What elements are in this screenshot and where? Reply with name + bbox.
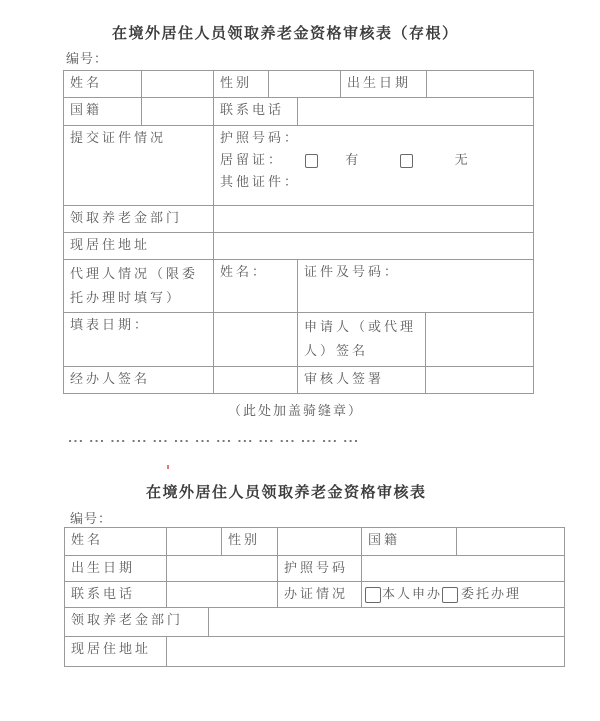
- stub-residence-label: 居留证：: [220, 153, 284, 168]
- stub-birth-field[interactable]: [426, 70, 534, 98]
- stub-name-field[interactable]: [141, 70, 214, 98]
- main-pension-dept-field[interactable]: [208, 607, 565, 637]
- main-handling-label: 办证情况: [277, 581, 362, 608]
- stub-residence-no-checkbox[interactable]: [400, 154, 413, 168]
- main-name-field[interactable]: [166, 527, 222, 556]
- main-handling-options: 本人申办委托办理: [361, 581, 565, 608]
- stub-address-label: 现居住地址: [63, 232, 214, 260]
- main-pension-dept-label: 领取养老金部门: [64, 607, 209, 637]
- main-phone-label: 联系电话: [64, 581, 167, 608]
- stub-address-field[interactable]: [213, 232, 534, 260]
- stub-nationality-label: 国籍: [63, 97, 142, 126]
- stub-nationality-field[interactable]: [141, 97, 214, 126]
- stub-residence-no-label: 无: [455, 153, 471, 168]
- main-address-label: 现居住地址: [64, 636, 167, 667]
- main-entrusted-label: 委托办理: [461, 587, 521, 602]
- main-birth-label: 出生日期: [64, 555, 167, 582]
- stub-residence-yes-label: 有: [345, 153, 361, 168]
- stub-agent-label: 代理人情况（限委托办理时填写）: [63, 259, 214, 313]
- stub-gender-field[interactable]: [268, 70, 341, 98]
- stub-agent-id-label: 证件及号码：: [297, 259, 534, 313]
- main-gender-field[interactable]: [277, 527, 362, 556]
- main-nationality-label: 国籍: [361, 527, 457, 556]
- stub-phone-field[interactable]: [297, 97, 534, 126]
- main-nationality-field[interactable]: [456, 527, 565, 556]
- main-phone-field[interactable]: [166, 581, 278, 608]
- stub-residence-yes-checkbox[interactable]: [305, 154, 318, 168]
- main-entrusted-checkbox[interactable]: [442, 587, 458, 603]
- stub-applicant-sign-label: 申请人（或代理人）签名: [297, 312, 426, 367]
- stub-reviewer-sign-field[interactable]: [425, 366, 534, 394]
- stub-pension-dept-label: 领取养老金部门: [63, 205, 214, 233]
- stub-name-label: 姓名: [63, 70, 142, 98]
- main-self-apply-checkbox[interactable]: [365, 587, 381, 603]
- stub-documents-label: 提交证件情况: [63, 125, 214, 206]
- main-passport-label: 护照号码: [277, 555, 362, 582]
- stub-applicant-sign-field[interactable]: [425, 312, 534, 367]
- main-self-apply-label: 本人申办: [382, 587, 442, 602]
- stub-agent-name-label: 姓名：: [213, 259, 298, 313]
- main-birth-field[interactable]: [166, 555, 278, 582]
- main-passport-field[interactable]: [361, 555, 565, 582]
- stub-form-title: 在境外居住人员领取养老金资格审核表（存根）: [112, 22, 459, 43]
- stub-handler-sign-label: 经办人签名: [63, 366, 214, 394]
- cut-line-separator: ... ... ... ... ... ... ... ... ... ... …: [68, 432, 359, 445]
- stub-documents-detail: 护照号码： 居留证： 有 无 其他证件：: [213, 125, 534, 206]
- main-serial-label: 编号：: [70, 508, 112, 527]
- main-name-label: 姓名: [64, 527, 167, 556]
- seal-note: （此处加盖骑缝章）: [228, 400, 363, 419]
- red-ink-mark: [167, 465, 169, 469]
- main-address-field[interactable]: [166, 636, 565, 667]
- stub-passport-label: 护照号码：: [220, 128, 527, 150]
- stub-birth-label: 出生日期: [340, 70, 427, 98]
- stub-gender-label: 性别: [213, 70, 269, 98]
- stub-fill-date-label: 填表日期：: [63, 312, 214, 367]
- stub-reviewer-sign-label: 审核人签署: [297, 366, 426, 394]
- stub-handler-sign-field[interactable]: [213, 366, 298, 394]
- stub-serial-label: 编号：: [66, 48, 108, 67]
- stub-pension-dept-field[interactable]: [213, 205, 534, 233]
- main-form-title: 在境外居住人员领取养老金资格审核表: [146, 481, 427, 502]
- main-gender-label: 性别: [221, 527, 278, 556]
- stub-phone-label: 联系电话: [213, 97, 298, 126]
- stub-other-docs-label: 其他证件：: [220, 172, 527, 194]
- stub-residence-row: 居留证： 有 无: [220, 150, 527, 172]
- stub-fill-date-field[interactable]: [213, 312, 298, 367]
